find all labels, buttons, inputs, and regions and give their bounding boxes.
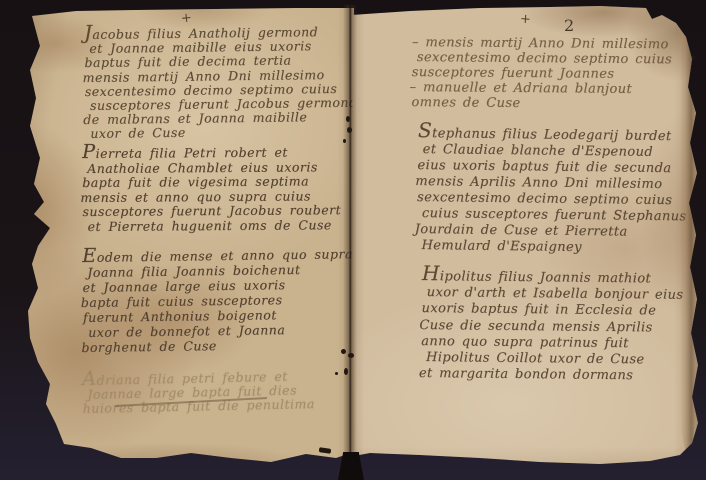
baptism-entry: Eodem die mense et anno quo supraJoanna …	[82, 244, 354, 355]
ink-blot	[344, 368, 348, 375]
book-gutter	[343, 5, 357, 473]
ink-blot	[692, 55, 695, 60]
ink-blot	[335, 372, 338, 375]
baptism-entry: – mensis martij Anno Dni millesimosexcen…	[411, 35, 672, 112]
photo-backdrop: + Jacobus filius Anatholij germondet Joa…	[0, 0, 706, 480]
folio-number: 2	[564, 16, 574, 35]
manuscript-text-line: Hipolitus filius Joannis mathiot	[422, 265, 684, 288]
ink-blot	[348, 353, 354, 358]
manuscript-text-line: et Pierreta huguenit oms de Cuse	[88, 218, 342, 234]
ink-blot	[343, 139, 346, 143]
ink-blot	[347, 127, 352, 133]
ink-blot	[341, 349, 346, 354]
book-gutter-shadow	[338, 452, 364, 480]
manuscript-text-line: et margarita bondon dormans	[419, 366, 683, 385]
baptism-entry: Pierreta filia Petri robert etAnatholiae…	[82, 143, 341, 234]
manuscript-text-line: Hemulard d'Espaigney	[421, 238, 686, 257]
manuscript-right-page: + 2 – mensis martij Anno Dni millesimose…	[350, 3, 702, 475]
manuscript-text-line: borghenut de Cuse	[81, 336, 354, 355]
baptism-entry-faded: Adriana filia petri febure etJoannae lar…	[82, 367, 315, 416]
baptism-entry: Jacobus filius Anatholij germondet Joann…	[84, 23, 358, 142]
ink-blot	[346, 116, 350, 122]
baptism-entry: Hipolitus filius Joannis mathiotuxor d'a…	[421, 265, 684, 385]
baptism-entry: Stephanus filius Leodegarij burdetet Cla…	[416, 122, 687, 257]
manuscript-left-page: + Jacobus filius Anatholij germondet Joa…	[16, 6, 354, 474]
page-edge-layers	[680, 25, 696, 453]
manuscript-text-line: uxor de Cuse	[90, 124, 358, 141]
cross-mark-icon: +	[519, 12, 531, 28]
manuscript-text-line: omnes de Cuse	[411, 95, 671, 112]
